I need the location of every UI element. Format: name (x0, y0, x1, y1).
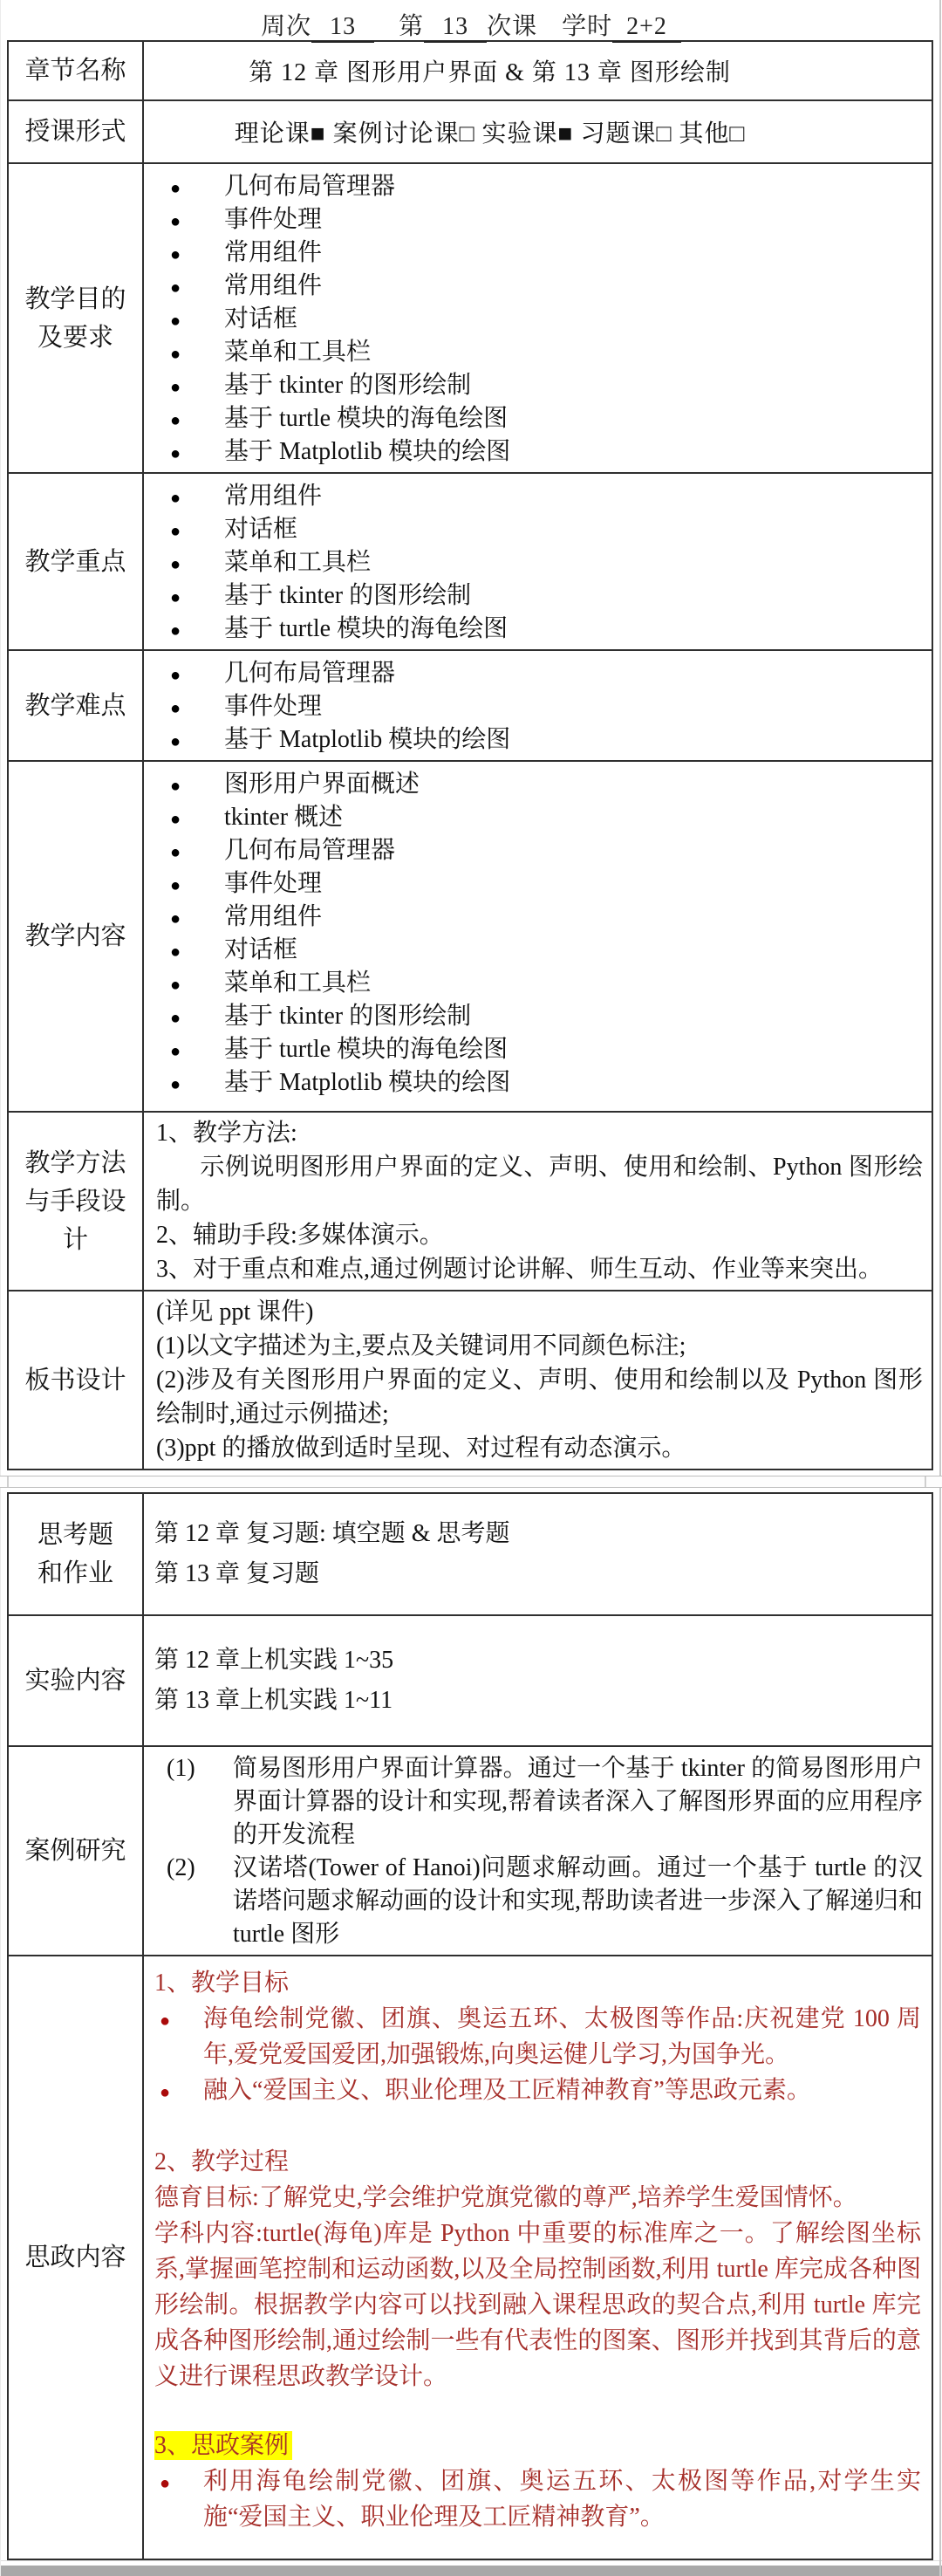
ideology-bullet-item: ● 融入“爱国主义、职业伦理及工匠精神教育”等思政元素。 (154, 2072, 921, 2111)
case-item-number: (2) (167, 1852, 233, 1885)
page-break-tick-right (925, 1476, 926, 1487)
experiment-line: 第 13 章上机实践 1~11 (154, 1681, 932, 1721)
page-break-strip (0, 1476, 942, 1488)
row-label: 思政内容 (9, 1956, 144, 2559)
bullet-list: ●常用组件 ●对话框 ●菜单和工具栏 ●基于 tkinter 的图形绘制 ●基于… (144, 474, 932, 649)
homework-line: 第 12 章 复习题: 填空题 & 思考题 (154, 1514, 932, 1554)
teaching-content: ●图形用户界面概述 ●tkinter 概述 ●几何布局管理器 ●事件处理 ●常用… (144, 762, 932, 1111)
row-label: 教学内容 (9, 762, 144, 1111)
list-item: ●图形用户界面概述 (158, 768, 926, 801)
list-item: ●菜单和工具栏 (158, 967, 926, 1000)
list-item-text: 基于 Matplotlib 模块的绘图 (224, 723, 926, 757)
row-ideology: 思政内容 1、教学目标 ● 海龟绘制党徽、团旗、奥运五环、太极图等作品:庆祝建党… (9, 1956, 932, 2559)
list-item-text: 基于 tkinter 的图形绘制 (224, 579, 926, 613)
list-item-text: 图形用户界面概述 (224, 768, 926, 801)
list-item-text: 菜单和工具栏 (224, 336, 926, 369)
week-value: 13 (311, 13, 374, 43)
row-label: 实验内容 (9, 1616, 144, 1745)
ideology-process-heading: 2、教学过程 (154, 2144, 921, 2180)
list-item-text: 菜单和工具栏 (224, 967, 926, 1000)
row-objectives: 教学目的 及要求 ●几何布局管理器 ●事件处理 ●常用组件 ●常用组件 ●对话框 (9, 164, 932, 474)
case-study-content: (1) 简易图形用户界面计算器。通过一个基于 tkinter 的简易图形用户界面… (144, 1747, 932, 1955)
list-item: ●基于 Matplotlib 模块的绘图 (158, 723, 926, 757)
case-item: (1) 简易图形用户界面计算器。通过一个基于 tkinter 的简易图形用户界面… (167, 1752, 923, 1852)
list-item: ●对话框 (158, 303, 926, 336)
bullet-icon: ● (158, 482, 224, 515)
teaching-form-value: 理论课■ 案例讨论课□ 实验课■ 习题课□ 其他□ (144, 101, 932, 162)
week-label: 周次 (261, 13, 311, 40)
page-break-tick-left (7, 1476, 9, 1487)
methods-line: 3、对于重点和难点,通过例题讨论讲解、师生互动、作业等来突出。 (156, 1252, 923, 1286)
bullet-list: ●几何布局管理器 ●事件处理 ●常用组件 ●常用组件 ●对话框 ●菜单和工具栏 … (144, 164, 932, 472)
lesson-field: 第13次课 (399, 13, 537, 40)
hours-field: 学时2+2 (562, 13, 681, 40)
bullet-icon: ● (158, 902, 224, 935)
row-methods: 教学方法 与手段设 计 1、教学方法: 示例说明图形用户界面的定义、声明、使用和… (9, 1113, 932, 1291)
lesson-prefix: 第 (399, 13, 424, 40)
row-label: 板书设计 (9, 1291, 144, 1469)
methods-content: 1、教学方法: 示例说明图形用户界面的定义、声明、使用和绘制、Python 图形… (144, 1113, 932, 1290)
experiment-line: 第 12 章上机实践 1~35 (154, 1641, 932, 1681)
list-item-text: 常用组件 (224, 901, 926, 934)
list-item-text: 对话框 (224, 513, 926, 546)
bullet-icon: ● (158, 869, 224, 902)
list-item-text: 事件处理 (224, 690, 926, 723)
list-item: ●常用组件 (158, 901, 926, 934)
row-difficulties: 教学难点 ●几何布局管理器 ●事件处理 ●基于 Matplotlib 模块的绘图 (9, 651, 932, 762)
experiment-content: 第 12 章上机实践 1~35 第 13 章上机实践 1~11 (144, 1616, 932, 1745)
row-chapter-name: 章节名称 第 12 章 图形用户界面 & 第 13 章 图形绘制 (9, 42, 932, 101)
row-experiment: 实验内容 第 12 章上机实践 1~35 第 13 章上机实践 1~11 (9, 1616, 932, 1747)
bullet-icon: ● (158, 770, 224, 803)
case-item-number: (1) (167, 1752, 233, 1785)
bullet-list: ●几何布局管理器 ●事件处理 ●基于 Matplotlib 模块的绘图 (144, 651, 932, 760)
bullet-icon: ● (158, 1002, 224, 1035)
ideology-bullet-text: 海龟绘制党徽、团旗、奥运五环、太极图等作品:庆祝建党 100 周年,爱党爱国爱团… (203, 2001, 921, 2072)
list-item: ●常用组件 (158, 270, 926, 303)
bullet-icon: ● (154, 2004, 203, 2039)
list-item: ●对话框 (158, 513, 926, 546)
board-line: (2)涉及有关图形用户界面的定义、声明、使用和绘制以及 Python 图形绘制时… (156, 1363, 923, 1431)
row-label: 教学目的 及要求 (9, 164, 144, 472)
ideology-paragraph: 德育目标:了解党史,学会维护党旗党徽的尊严,培养学生爱国情怀。 (154, 2180, 921, 2216)
bullet-icon: ● (158, 692, 224, 725)
row-homework: 思考题 和作业 第 12 章 复习题: 填空题 & 思考题 第 13 章 复习题 (9, 1494, 932, 1616)
list-item-text: 基于 tkinter 的图形绘制 (224, 1000, 926, 1033)
list-item-text: 几何布局管理器 (224, 657, 926, 690)
row-label: 教学重点 (9, 474, 144, 649)
list-item: ●菜单和工具栏 (158, 546, 926, 579)
list-item-text: 对话框 (224, 934, 926, 967)
key-points-content: ●常用组件 ●对话框 ●菜单和工具栏 ●基于 tkinter 的图形绘制 ●基于… (144, 474, 932, 649)
bullet-icon: ● (158, 515, 224, 548)
ideology-bullet-text: 融入“爱国主义、职业伦理及工匠精神教育”等思政元素。 (203, 2072, 921, 2108)
list-item-text: 常用组件 (224, 236, 926, 270)
row-case-study: 案例研究 (1) 简易图形用户界面计算器。通过一个基于 tkinter 的简易图… (9, 1747, 932, 1956)
board-line: (1)以文字描述为主,要点及关键词用不同颜色标注; (156, 1329, 923, 1363)
list-item: ●常用组件 (158, 236, 926, 270)
board-line: (详见 ppt 课件) (156, 1295, 923, 1329)
objectives-content: ●几何布局管理器 ●事件处理 ●常用组件 ●常用组件 ●对话框 ●菜单和工具栏 … (144, 164, 932, 472)
bullet-icon: ● (154, 2075, 203, 2111)
bullet-icon: ● (158, 404, 224, 437)
ideology-goal-heading: 1、教学目标 (154, 1965, 921, 2001)
row-label: 授课形式 (9, 101, 144, 162)
lesson-plan-table-1: 章节名称 第 12 章 图形用户界面 & 第 13 章 图形绘制 授课形式 理论… (7, 40, 933, 1470)
bullet-icon: ● (158, 969, 224, 1002)
list-item-text: 基于 Matplotlib 模块的绘图 (224, 1066, 926, 1100)
lesson-suffix: 次课 (487, 13, 537, 40)
bullet-icon: ● (158, 338, 224, 371)
case-item-text: 汉诺塔(Tower of Hanoi)问题求解动画。通过一个基于 turtle … (233, 1852, 923, 1951)
bullet-list: ●图形用户界面概述 ●tkinter 概述 ●几何布局管理器 ●事件处理 ●常用… (144, 762, 932, 1103)
row-label: 思考题 和作业 (9, 1494, 144, 1614)
methods-line: 2、辅助手段:多媒体演示。 (156, 1218, 923, 1252)
ideology-paragraph: 学科内容:turtle(海龟)库是 Python 中重要的标准库之一。了解绘图坐… (154, 2216, 921, 2394)
row-label: 教学难点 (9, 651, 144, 760)
list-item-text: 事件处理 (224, 867, 926, 901)
scan-bottom-band (0, 2566, 942, 2576)
bullet-icon: ● (158, 271, 224, 305)
homework-content: 第 12 章 复习题: 填空题 & 思考题 第 13 章 复习题 (144, 1494, 932, 1614)
ideology-content: 1、教学目标 ● 海龟绘制党徽、团旗、奥运五环、太极图等作品:庆祝建党 100 … (144, 1956, 932, 2559)
bullet-icon: ● (158, 803, 224, 836)
list-item-text: 几何布局管理器 (224, 170, 926, 203)
list-item: ●事件处理 (158, 690, 926, 723)
homework-line: 第 13 章 复习题 (154, 1554, 932, 1594)
bullet-icon: ● (158, 548, 224, 581)
spacer (154, 2111, 921, 2144)
list-item: ●基于 Matplotlib 模块的绘图 (158, 1066, 926, 1100)
list-item: ●几何布局管理器 (158, 657, 926, 690)
bullet-icon: ● (158, 437, 224, 470)
scan-edge-left (0, 0, 1, 2576)
scan-edge-right (939, 0, 941, 2576)
week-field: 周次13 (261, 13, 374, 40)
list-item-text: 基于 turtle 模块的海龟绘图 (224, 402, 926, 435)
list-item: ●事件处理 (158, 203, 926, 236)
bullet-icon: ● (158, 614, 224, 647)
row-label: 案例研究 (9, 1747, 144, 1955)
list-item-text: 常用组件 (224, 270, 926, 303)
bullet-icon: ● (158, 1068, 224, 1101)
list-item-text: 几何布局管理器 (224, 834, 926, 867)
list-item-text: tkinter 概述 (224, 801, 926, 834)
bullet-icon: ● (158, 836, 224, 869)
row-label: 章节名称 (9, 42, 144, 99)
list-item: ●基于 turtle 模块的海龟绘图 (158, 1033, 926, 1066)
list-item-text: 基于 turtle 模块的海龟绘图 (224, 613, 926, 646)
bullet-icon: ● (158, 659, 224, 692)
list-item-text: 基于 Matplotlib 模块的绘图 (224, 435, 926, 469)
board-design-content: (详见 ppt 课件) (1)以文字描述为主,要点及关键词用不同颜色标注; (2… (144, 1291, 932, 1469)
row-label: 教学方法 与手段设 计 (9, 1113, 144, 1290)
row-key-points: 教学重点 ●常用组件 ●对话框 ●菜单和工具栏 ●基于 tkinter 的图形绘… (9, 474, 932, 651)
bullet-icon: ● (158, 725, 224, 758)
lesson-number: 13 (424, 13, 487, 43)
methods-line: 1、教学方法: (156, 1116, 923, 1150)
case-item-text: 简易图形用户界面计算器。通过一个基于 tkinter 的简易图形用户界面计算器的… (233, 1752, 923, 1852)
bullet-icon: ● (158, 371, 224, 404)
list-item: ●tkinter 概述 (158, 801, 926, 834)
ideology-bullet-item: ● 利用海龟绘制党徽、团旗、奥运五环、太极图等作品,对学生实施“爱国主义、职业伦… (154, 2463, 921, 2535)
chapter-name-value: 第 12 章 图形用户界面 & 第 13 章 图形绘制 (144, 42, 932, 99)
spacer (154, 2394, 921, 2428)
bullet-icon: ● (158, 581, 224, 614)
bullet-icon: ● (154, 2466, 203, 2502)
list-item: ●基于 tkinter 的图形绘制 (158, 369, 926, 402)
page-header: 周次13 第13次课 学时2+2 (0, 0, 942, 40)
lesson-plan-page: 周次13 第13次课 学时2+2 章节名称 第 12 章 图形用户界面 & 第 … (0, 0, 942, 2576)
bullet-icon: ● (158, 205, 224, 238)
difficulties-content: ●几何布局管理器 ●事件处理 ●基于 Matplotlib 模块的绘图 (144, 651, 932, 760)
list-item: ●几何布局管理器 (158, 834, 926, 867)
ideology-case-heading: 3、思政案例 (154, 2428, 921, 2463)
bullet-icon: ● (158, 305, 224, 338)
row-board-design: 板书设计 (详见 ppt 课件) (1)以文字描述为主,要点及关键词用不同颜色标… (9, 1291, 932, 1469)
list-item: ●基于 turtle 模块的海龟绘图 (158, 402, 926, 435)
bullet-icon: ● (158, 935, 224, 969)
board-line: (3)ppt 的播放做到适时呈现、对过程有动态演示。 (156, 1431, 923, 1465)
case-item: (2) 汉诺塔(Tower of Hanoi)问题求解动画。通过一个基于 tur… (167, 1852, 923, 1951)
list-item: ●菜单和工具栏 (158, 336, 926, 369)
ideology-bullet-item: ● 海龟绘制党徽、团旗、奥运五环、太极图等作品:庆祝建党 100 周年,爱党爱国… (154, 2001, 921, 2072)
hours-label: 学时 (562, 13, 612, 40)
row-teaching-form: 授课形式 理论课■ 案例讨论课□ 实验课■ 习题课□ 其他□ (9, 101, 932, 164)
list-item-text: 基于 turtle 模块的海龟绘图 (224, 1033, 926, 1066)
list-item: ●事件处理 (158, 867, 926, 901)
highlighted-text: 3、思政案例 (154, 2431, 292, 2460)
ideology-bullet-text: 利用海龟绘制党徽、团旗、奥运五环、太极图等作品,对学生实施“爱国主义、职业伦理及… (203, 2463, 921, 2535)
list-item: ●常用组件 (158, 480, 926, 513)
methods-line: 示例说明图形用户界面的定义、声明、使用和绘制、Python 图形绘制。 (156, 1150, 923, 1218)
list-item: ●基于 tkinter 的图形绘制 (158, 579, 926, 613)
list-item: ●基于 tkinter 的图形绘制 (158, 1000, 926, 1033)
lesson-plan-table-2: 思考题 和作业 第 12 章 复习题: 填空题 & 思考题 第 13 章 复习题… (7, 1492, 933, 2560)
list-item-text: 事件处理 (224, 203, 926, 236)
list-item-text: 基于 tkinter 的图形绘制 (224, 369, 926, 402)
list-item-text: 菜单和工具栏 (224, 546, 926, 579)
list-item-text: 常用组件 (224, 480, 926, 513)
row-teaching-content: 教学内容 ●图形用户界面概述 ●tkinter 概述 ●几何布局管理器 ●事件处… (9, 762, 932, 1113)
bullet-icon: ● (158, 172, 224, 205)
bullet-icon: ● (158, 238, 224, 271)
bullet-icon: ● (158, 1035, 224, 1068)
list-item: ●几何布局管理器 (158, 170, 926, 203)
list-item: ●基于 Matplotlib 模块的绘图 (158, 435, 926, 469)
list-item-text: 对话框 (224, 303, 926, 336)
list-item: ●对话框 (158, 934, 926, 967)
hours-value: 2+2 (612, 13, 681, 43)
list-item: ●基于 turtle 模块的海龟绘图 (158, 613, 926, 646)
